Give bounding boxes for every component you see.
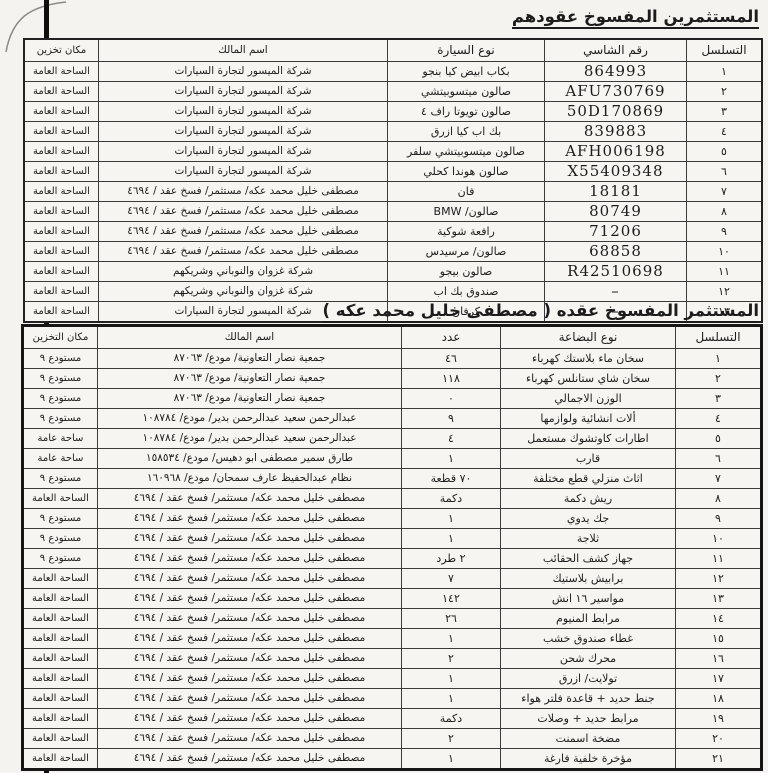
cell-storage: مستودع ٩ (23, 549, 98, 569)
cell-name: محرك شحن (501, 649, 676, 669)
cell-owner: مصطفى خليل محمد عكه/ مستثمر/ فسخ عقد / ٤… (98, 749, 402, 770)
cell-owner: مصطفى خليل محمد عكه/ مستثمر/ فسخ عقد / ٤… (98, 569, 402, 589)
cell-owner: طارق سمير مصطفى ابو دهيس/ مودع/ ١٥٨٥٣٤ (98, 449, 402, 469)
cell-name: جنط حديد + قاعدة فلتر هواء (501, 689, 676, 709)
cell-storage: الساحة العامة (24, 122, 99, 142)
cell-chassis: 864993 (545, 62, 687, 82)
cell-storage: الساحة العامة (23, 569, 98, 589)
cell-storage: الساحة العامة (23, 589, 98, 609)
cell-owner: مصطفى خليل محمد عكه/ مستثمر/ فسخ عقد / ٤… (99, 182, 388, 202)
cell-owner: جمعية نصار التعاونية/ مودع/ ٨٧٠٦٣ (98, 349, 402, 369)
cell-name: مرابط المنيوم (501, 609, 676, 629)
header-owner-name: اسم المالك (99, 39, 388, 62)
cell-count: ١ (402, 509, 501, 529)
goods-title: المستثمر المفسوخ عقده ( مصطفى خليل محمد … (322, 301, 759, 323)
cell-storage: الساحة العامة (23, 489, 98, 509)
cell-owner: مصطفى خليل محمد عكه/ مستثمر/ فسخ عقد / ٤… (98, 549, 402, 569)
cell-storage: الساحة العامة (23, 729, 98, 749)
cell-count: ٢ (402, 729, 501, 749)
cell-owner: شركة غزوان والنوباني وشريكهم (99, 282, 388, 302)
cell-serial: ١٥ (676, 629, 762, 649)
cell-storage: الساحة العامة (24, 222, 99, 242)
cell-owner: مصطفى خليل محمد عكه/ مستثمر/ فسخ عقد / ٤… (98, 609, 402, 629)
cell-storage: الساحة العامة (23, 649, 98, 669)
cell-count: دكمة (402, 709, 501, 729)
cell-owner: مصطفى خليل محمد عكه/ مستثمر/ فسخ عقد / ٤… (98, 589, 402, 609)
table-row: ٤839883بك اب كيا ازرقشركة الميسور لتجارة… (24, 122, 762, 142)
table-row: ٨ريش دكمةدكمةمصطفى خليل محمد عكه/ مستثمر… (23, 489, 762, 509)
vehicles-title: المستثمرين المفسوخ عقودهم (512, 7, 759, 29)
cell-type: بكاب ابيض كيا بنجو (388, 62, 545, 82)
cell-name: غطاء صندوق خشب (501, 629, 676, 649)
cell-owner: شركة الميسور لتجارة السيارات (99, 162, 388, 182)
cell-storage: الساحة العامة (24, 62, 99, 82)
cell-name: تولايت/ ازرق (501, 669, 676, 689)
cell-chassis: 80749 (545, 202, 687, 222)
cell-type: صالون هوندا كحلي (388, 162, 545, 182)
table-row: ٧18181فانمصطفى خليل محمد عكه/ مستثمر/ فس… (24, 182, 762, 202)
header-row: التسلسل رقم الشاسي نوع السيارة اسم المال… (24, 39, 762, 62)
header-storage-place: مكان تخزين (24, 39, 99, 62)
cell-owner: مصطفى خليل محمد عكه/ مستثمر/ فسخ عقد / ٤… (98, 489, 402, 509)
cell-count: ١٤٢ (402, 589, 501, 609)
cell-storage: الساحة العامة (24, 82, 99, 102)
cell-owner: شركة الميسور لتجارة السيارات (99, 102, 388, 122)
cell-name: ألات انشائية ولوازمها (501, 409, 676, 429)
table-row: ١٨جنط حديد + قاعدة فلتر هواء١مصطفى خليل … (23, 689, 762, 709)
cell-storage: مستودع ٩ (23, 409, 98, 429)
cell-serial: ١٨ (676, 689, 762, 709)
cell-chassis: 18181 (545, 182, 687, 202)
cell-storage: الساحة العامة (23, 609, 98, 629)
cell-serial: ٩ (687, 222, 763, 242)
cell-name: اطارات كاوتشوك مستعمل (501, 429, 676, 449)
cell-type: صالون/ BMW (388, 202, 545, 222)
cell-owner: نظام عبدالحفيظ عارف سمحان/ مودع/ ١٦٠٩٦٨ (98, 469, 402, 489)
table-row: ١سخان ماء بلاستك كهرباء٤٦جمعية نصار التع… (23, 349, 762, 369)
cell-chassis: AFH006198 (545, 142, 687, 162)
cell-name: مضخة اسمنت (501, 729, 676, 749)
cell-count: ٧ (402, 569, 501, 589)
cell-owner: جمعية نصار التعاونية/ مودع/ ٨٧٠٦٣ (98, 369, 402, 389)
cell-serial: ٥ (676, 429, 762, 449)
goods-table: التسلسل نوع البضاعة عدد اسم المالك مكان … (21, 324, 763, 771)
header-serial: التسلسل (687, 39, 763, 62)
table-row: ٩جك يدوي١مصطفى خليل محمد عكه/ مستثمر/ فس… (23, 509, 762, 529)
cell-count: ١ (402, 449, 501, 469)
header-serial: التسلسل (676, 326, 762, 349)
cell-serial: ٣ (687, 102, 763, 122)
cell-count: ٩ (402, 409, 501, 429)
cell-owner: جمعية نصار التعاونية/ مودع/ ٨٧٠٦٣ (98, 389, 402, 409)
cell-count: ٧٠ قطعة (402, 469, 501, 489)
cell-chassis: 50D170869 (545, 102, 687, 122)
cell-serial: ٥ (687, 142, 763, 162)
cell-chassis: R42510698 (545, 262, 687, 282)
cell-type: صالون بيجو (388, 262, 545, 282)
cell-storage: الساحة العامة (24, 302, 99, 323)
table-row: ١864993بكاب ابيض كيا بنجوشركة الميسور لت… (24, 62, 762, 82)
cell-count: ١ (402, 629, 501, 649)
cell-count: ١١٨ (402, 369, 501, 389)
cell-owner: مصطفى خليل محمد عكه/ مستثمر/ فسخ عقد / ٤… (98, 629, 402, 649)
cell-count: ١ (402, 749, 501, 770)
cell-owner: مصطفى خليل محمد عكه/ مستثمر/ فسخ عقد / ٤… (99, 242, 388, 262)
cell-serial: ١٠ (676, 529, 762, 549)
cell-name: الوزن الاجمالي (501, 389, 676, 409)
cell-type: صندوق بك اب (388, 282, 545, 302)
cell-owner: شركة غزوان والنوباني وشريكهم (99, 262, 388, 282)
cell-serial: ١٢ (676, 569, 762, 589)
table-row: ٢AFU730769صالون ميتسوبيتشيشركة الميسور ل… (24, 82, 762, 102)
table-row: ١٩مرابط حديد + وصلاتدكمةمصطفى خليل محمد … (23, 709, 762, 729)
table-row: ٦قارب١طارق سمير مصطفى ابو دهيس/ مودع/ ١٥… (23, 449, 762, 469)
cell-serial: ٦ (676, 449, 762, 469)
cell-storage: الساحة العامة (23, 709, 98, 729)
cell-count: ٤٦ (402, 349, 501, 369)
cell-storage: الساحة العامة (23, 689, 98, 709)
table-row: ١١R42510698صالون بيجوشركة غزوان والنوبان… (24, 262, 762, 282)
table-row: ١٢برابيش بلاستيك٧مصطفى خليل محمد عكه/ مس… (23, 569, 762, 589)
cell-storage: ساحة عامة (23, 449, 98, 469)
cell-serial: ٩ (676, 509, 762, 529)
cell-serial: ١٧ (676, 669, 762, 689)
cell-storage: الساحة العامة (23, 669, 98, 689)
cell-name: برابيش بلاستيك (501, 569, 676, 589)
cell-chassis: – (545, 282, 687, 302)
table-row: ١٠ثلاجة١مصطفى خليل محمد عكه/ مستثمر/ فسخ… (23, 529, 762, 549)
vehicles-table: التسلسل رقم الشاسي نوع السيارة اسم المال… (23, 38, 763, 323)
cell-serial: ٨ (676, 489, 762, 509)
cell-type: بك اب كيا ازرق (388, 122, 545, 142)
cell-serial: ١ (687, 62, 763, 82)
cell-storage: الساحة العامة (23, 749, 98, 770)
cell-storage: مستودع ٩ (23, 349, 98, 369)
cell-owner: مصطفى خليل محمد عكه/ مستثمر/ فسخ عقد / ٤… (98, 649, 402, 669)
table-row: ٤ألات انشائية ولوازمها٩عبدالرحمن سعيد عب… (23, 409, 762, 429)
cell-name: اثاث منزلي قطع مختلفة (501, 469, 676, 489)
cell-name: جك يدوي (501, 509, 676, 529)
cell-owner: شركة الميسور لتجارة السيارات (99, 62, 388, 82)
cell-serial: ٦ (687, 162, 763, 182)
cell-chassis: 71206 (545, 222, 687, 242)
goods-table-header: التسلسل نوع البضاعة عدد اسم المالك مكان … (23, 326, 762, 349)
cell-owner: مصطفى خليل محمد عكه/ مستثمر/ فسخ عقد / ٤… (98, 689, 402, 709)
cell-storage: الساحة العامة (24, 102, 99, 122)
header-owner-name: اسم المالك (98, 326, 402, 349)
cell-serial: ١٣ (676, 589, 762, 609)
header-goods-type: نوع البضاعة (501, 326, 676, 349)
cell-name: ريش دكمة (501, 489, 676, 509)
cell-storage: الساحة العامة (24, 262, 99, 282)
cell-serial: ٢ (676, 369, 762, 389)
table-row: ٣الوزن الاجمالي٠جمعية نصار التعاونية/ مو… (23, 389, 762, 409)
cell-storage: ساحة عامة (23, 429, 98, 449)
goods-table-body: ١سخان ماء بلاستك كهرباء٤٦جمعية نصار التع… (23, 349, 762, 770)
cell-storage: الساحة العامة (24, 162, 99, 182)
cell-owner: مصطفى خليل محمد عكه/ مستثمر/ فسخ عقد / ٤… (98, 669, 402, 689)
cell-owner: شركة الميسور لتجارة السيارات (99, 122, 388, 142)
table-row: ٩71206رافعة شوكيةمصطفى خليل محمد عكه/ مس… (24, 222, 762, 242)
cell-storage: الساحة العامة (24, 242, 99, 262)
cell-serial: ١٩ (676, 709, 762, 729)
cell-owner: مصطفى خليل محمد عكه/ مستثمر/ فسخ عقد / ٤… (99, 222, 388, 242)
cell-type: صالون ميتسوبيتشي سلفر (388, 142, 545, 162)
header-row: التسلسل نوع البضاعة عدد اسم المالك مكان … (23, 326, 762, 349)
cell-type: رافعة شوكية (388, 222, 545, 242)
cell-owner: شركة الميسور لتجارة السيارات (99, 142, 388, 162)
cell-chassis: 839883 (545, 122, 687, 142)
cell-type: فان (388, 182, 545, 202)
cell-type: صالون تويوتا راف ٤ (388, 102, 545, 122)
table-row: ٨80749صالون/ BMWمصطفى خليل محمد عكه/ مست… (24, 202, 762, 222)
cell-storage: مستودع ٩ (23, 369, 98, 389)
cell-count: ١ (402, 529, 501, 549)
cell-count: ٢ (402, 649, 501, 669)
cell-chassis: 68858 (545, 242, 687, 262)
cell-chassis: AFU730769 (545, 82, 687, 102)
table-row: ٦X55409348صالون هوندا كحليشركة الميسور ل… (24, 162, 762, 182)
cell-count: ٠ (402, 389, 501, 409)
cell-name: مواسير ١٦ انش (501, 589, 676, 609)
table-row: ٥AFH006198صالون ميتسوبيتشي سلفرشركة المي… (24, 142, 762, 162)
table-row: ١٧تولايت/ ازرق١مصطفى خليل محمد عكه/ مستث… (23, 669, 762, 689)
table-row: ٢١مؤخرة خلفية فارغة١مصطفى خليل محمد عكه/… (23, 749, 762, 770)
table-row: ١٥غطاء صندوق خشب١مصطفى خليل محمد عكه/ مس… (23, 629, 762, 649)
cell-serial: ١١ (687, 262, 763, 282)
cell-storage: الساحة العامة (24, 142, 99, 162)
cell-storage: الساحة العامة (24, 202, 99, 222)
cell-storage: الساحة العامة (24, 182, 99, 202)
table-row: ١٦محرك شحن٢مصطفى خليل محمد عكه/ مستثمر/ … (23, 649, 762, 669)
header-storage-place: مكان التخزين (23, 326, 98, 349)
cell-owner: عبدالرحمن سعيد عبدالرحمن بدير/ مودع/ ١٠٨… (98, 409, 402, 429)
table-row: ٢٠مضخة اسمنت٢مصطفى خليل محمد عكه/ مستثمر… (23, 729, 762, 749)
header-count: عدد (402, 326, 501, 349)
table-row: ٥اطارات كاوتشوك مستعمل٤عبدالرحمن سعيد عب… (23, 429, 762, 449)
scanned-page: المستثمرين المفسوخ عقودهم التسلسل رقم ال… (0, 0, 768, 773)
cell-count: ٢٦ (402, 609, 501, 629)
cell-name: ثلاجة (501, 529, 676, 549)
cell-name: سخان شاي ستانلس كهرباء (501, 369, 676, 389)
table-row: ٢سخان شاي ستانلس كهرباء١١٨جمعية نصار الت… (23, 369, 762, 389)
table-row: ١٢–صندوق بك ابشركة غزوان والنوباني وشريك… (24, 282, 762, 302)
cell-storage: مستودع ٩ (23, 469, 98, 489)
cell-storage: مستودع ٩ (23, 389, 98, 409)
cell-storage: مستودع ٩ (23, 529, 98, 549)
cell-serial: ٧ (676, 469, 762, 489)
vehicles-table-header: التسلسل رقم الشاسي نوع السيارة اسم المال… (24, 39, 762, 62)
cell-serial: ١١ (676, 549, 762, 569)
cell-serial: ٢١ (676, 749, 762, 770)
cell-serial: ١٠ (687, 242, 763, 262)
cell-name: مرابط حديد + وصلات (501, 709, 676, 729)
cell-serial: ٤ (676, 409, 762, 429)
header-chassis: رقم الشاسي (545, 39, 687, 62)
cell-type: صالون ميتسوبيتشي (388, 82, 545, 102)
cell-serial: ١ (676, 349, 762, 369)
cell-owner: شركة الميسور لتجارة السيارات (99, 82, 388, 102)
goods-title-text: المستثمر المفسوخ عقده ( مصطفى خليل محمد … (322, 301, 759, 323)
table-row: ١١جهاز كشف الحقائب٢ طردمصطفى خليل محمد ع… (23, 549, 762, 569)
cell-serial: ١٦ (676, 649, 762, 669)
cell-owner: مصطفى خليل محمد عكه/ مستثمر/ فسخ عقد / ٤… (98, 709, 402, 729)
table-row: ٧اثاث منزلي قطع مختلفة٧٠ قطعةنظام عبدالح… (23, 469, 762, 489)
cell-serial: ٢ (687, 82, 763, 102)
cell-name: سخان ماء بلاستك كهرباء (501, 349, 676, 369)
cell-count: ٢ طرد (402, 549, 501, 569)
cell-storage: الساحة العامة (24, 282, 99, 302)
table-row: ١٣مواسير ١٦ انش١٤٢مصطفى خليل محمد عكه/ م… (23, 589, 762, 609)
cell-owner: عبدالرحمن سعيد عبدالرحمن بدير/ مودع/ ١٠٨… (98, 429, 402, 449)
table-row: ٣50D170869صالون تويوتا راف ٤شركة الميسور… (24, 102, 762, 122)
cell-owner: مصطفى خليل محمد عكه/ مستثمر/ فسخ عقد / ٤… (98, 529, 402, 549)
cell-count: ٤ (402, 429, 501, 449)
cell-storage: الساحة العامة (23, 629, 98, 649)
cell-owner: مصطفى خليل محمد عكه/ مستثمر/ فسخ عقد / ٤… (99, 202, 388, 222)
cell-owner: مصطفى خليل محمد عكه/ مستثمر/ فسخ عقد / ٤… (98, 729, 402, 749)
cell-count: دكمة (402, 489, 501, 509)
cell-count: ١ (402, 669, 501, 689)
cell-serial: ٢٠ (676, 729, 762, 749)
cell-chassis: X55409348 (545, 162, 687, 182)
cell-owner: مصطفى خليل محمد عكه/ مستثمر/ فسخ عقد / ٤… (98, 509, 402, 529)
cell-name: قارب (501, 449, 676, 469)
vehicles-table-body: ١864993بكاب ابيض كيا بنجوشركة الميسور لت… (24, 62, 762, 323)
cell-serial: ١٤ (676, 609, 762, 629)
cell-serial: ٣ (676, 389, 762, 409)
cell-serial: ١٢ (687, 282, 763, 302)
table-row: ١٤مرابط المنيوم٢٦مصطفى خليل محمد عكه/ مس… (23, 609, 762, 629)
cell-serial: ٤ (687, 122, 763, 142)
cell-storage: مستودع ٩ (23, 509, 98, 529)
header-car-type: نوع السيارة (388, 39, 545, 62)
table-row: ١٠68858صالون/ مرسيدسمصطفى خليل محمد عكه/… (24, 242, 762, 262)
cell-type: صالون/ مرسيدس (388, 242, 545, 262)
cell-serial: ٧ (687, 182, 763, 202)
cell-serial: ٨ (687, 202, 763, 222)
vehicles-title-text: المستثمرين المفسوخ عقودهم (512, 7, 759, 29)
cell-name: مؤخرة خلفية فارغة (501, 749, 676, 770)
cell-name: جهاز كشف الحقائب (501, 549, 676, 569)
cell-count: ١ (402, 689, 501, 709)
